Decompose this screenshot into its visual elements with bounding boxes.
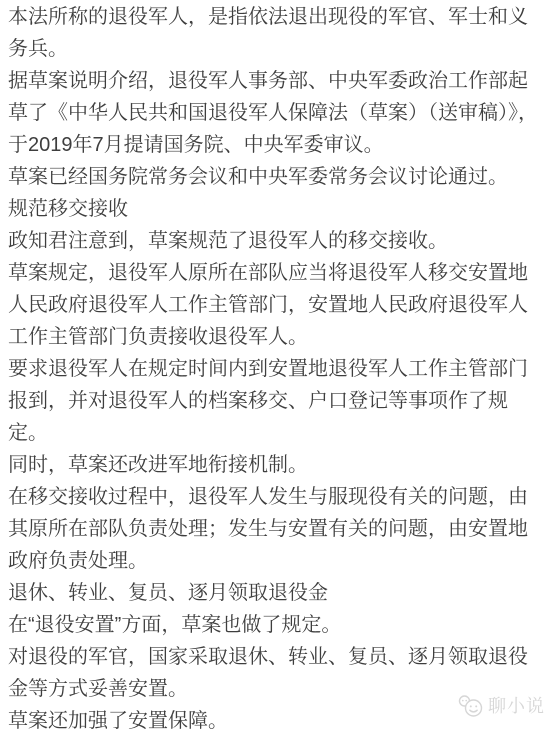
- paragraph: 政知君注意到，草案规范了退役军人的移交接收。: [8, 225, 544, 257]
- paragraph: 据草案说明介绍，退役军人事务部、中央军委政治工作部起草了《中华人民共和国退役军人…: [8, 65, 544, 161]
- paragraph: 对退役的军官，国家采取退休、转业、复员、逐月领取退役金等方式妥善安置。: [8, 641, 544, 705]
- section-heading: 退休、转业、复员、逐月领取退役金: [8, 577, 544, 609]
- paragraph: 草案规定，退役军人原所在部队应当将退役军人移交安置地人民政府退役军人工作主管部门…: [8, 257, 544, 353]
- paragraph: 要求退役军人在规定时间内到安置地退役军人工作主管部门报到，并对退役军人的档案移交…: [8, 353, 544, 449]
- paragraph: 本法所称的退役军人，是指依法退出现役的军官、军士和义务兵。: [8, 1, 544, 65]
- section-heading: 规范移交接收: [8, 193, 544, 225]
- paragraph: 在移交接收过程中，退役军人发生与服现役有关的问题，由其原所在部队负责处理；发生与…: [8, 481, 544, 577]
- article-body: 本法所称的退役军人，是指依法退出现役的军官、军士和义务兵。据草案说明介绍，退役军…: [0, 0, 552, 734]
- paragraph: 在“退役安置”方面，草案也做了规定。: [8, 609, 544, 641]
- paragraph: 草案已经国务院常务会议和中央军委常务会议讨论通过。: [8, 161, 544, 193]
- paragraph: 草案还加强了安置保障。: [8, 705, 544, 734]
- paragraph: 同时，草案还改进军地衔接机制。: [8, 449, 544, 481]
